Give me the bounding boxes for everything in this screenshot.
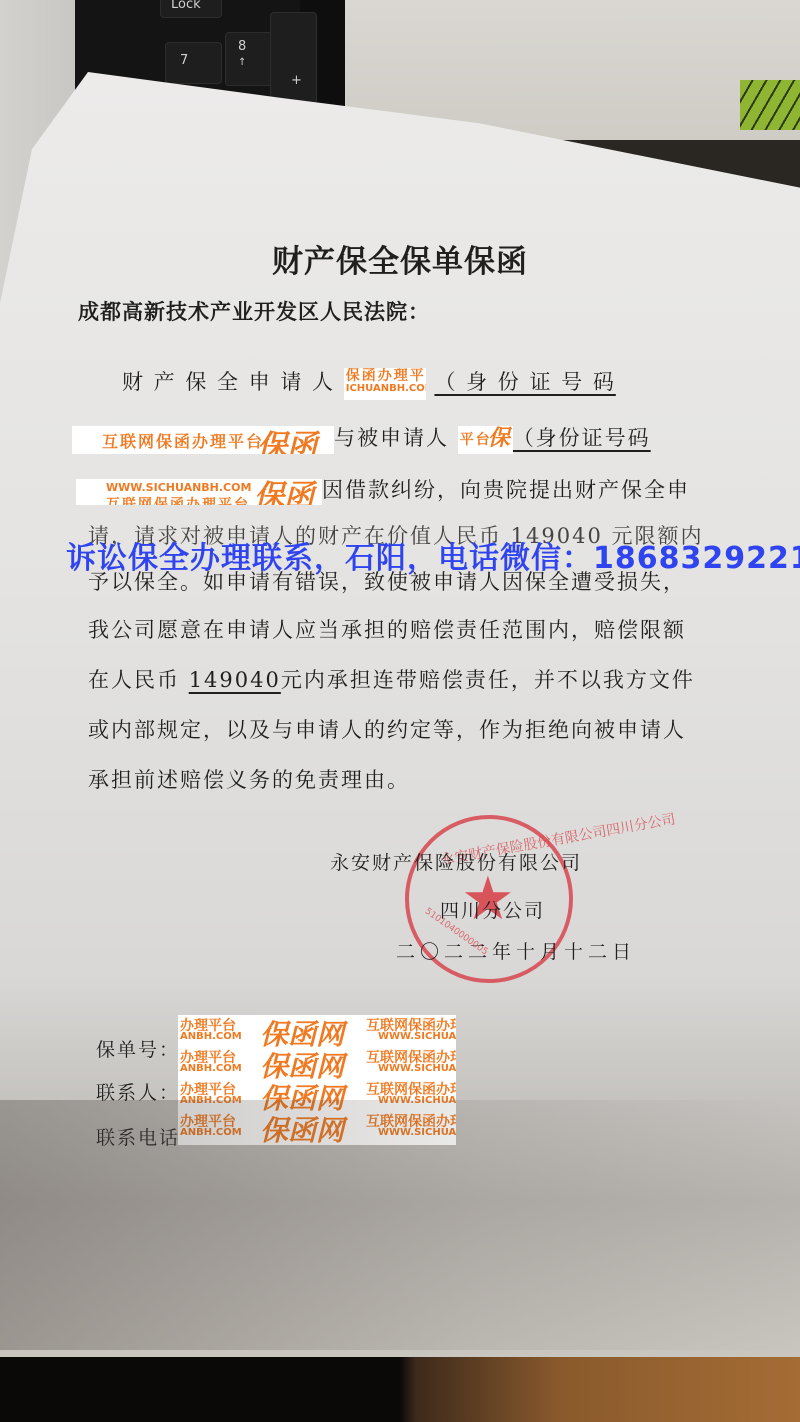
id-number-label: （ 身 份 证 号 码 xyxy=(434,370,615,394)
watermark-url: ICHUANBH.COM xyxy=(346,383,426,394)
amount-suffix: 元内承担连带赔偿责任，并不以我方文件 xyxy=(281,668,695,692)
policy-number-label: 保单号： xyxy=(96,1035,180,1062)
redacted-respondent-id: WWW.SICHUANBH.COM 互联网保函办理平台 保函 xyxy=(76,479,322,505)
body-line-5: 予以保全。如申请有错误，致使被申请人因保全遭受损失， xyxy=(88,566,686,596)
watermark-url: ANBH.COM xyxy=(180,1063,242,1074)
body-line-6: 我公司愿意在申请人应当承担的赔偿责任范围内，赔偿限额 xyxy=(88,614,686,644)
body-line-8: 或内部规定，以及与申请人的约定等，作为拒绝向被申请人 xyxy=(88,714,686,744)
redacted-applicant-id: 互联网保函办理平台 保函 xyxy=(72,426,334,454)
signature-branch: 四川分公司 xyxy=(440,896,545,923)
redacted-applicant-name: 保函办理平 ICHUANBH.COM xyxy=(344,368,426,400)
document-title: 财产保全保单保函 xyxy=(0,236,800,281)
body-line-1: 财 产 保 全 申 请 人 保函办理平 ICHUANBH.COM （ 身 份 证… xyxy=(122,366,616,400)
watermark-url: ANBH.COM xyxy=(180,1031,242,1042)
watermark-logo: 保函 xyxy=(254,479,314,505)
watermark-logo: 保 xyxy=(488,426,510,452)
addressee: 成都高新技术产业开发区人民法院： xyxy=(78,296,430,326)
body-line-3: WWW.SICHUANBH.COM 互联网保函办理平台 保函 因借款纠纷，向贵院… xyxy=(76,474,690,505)
watermark-url: WWW.SICHUANBH xyxy=(378,1063,456,1074)
body-line-2: 互联网保函办理平台 保函 与被申请人 平台 保 （身份证号码 xyxy=(72,422,651,454)
watermark-text: 互联网保函办理平台 xyxy=(102,429,264,452)
respondent-label: 与被申请人 xyxy=(334,426,449,450)
watermark-row: 办理平台 保函网 互联网保函办玛 ANBH.COM WWW.SICHUANBH xyxy=(178,1047,456,1079)
guarantee-amount: 149040 xyxy=(189,668,281,692)
paper-shadow xyxy=(0,1100,800,1350)
watermark-url: WWW.SICHUANBH xyxy=(378,1031,456,1042)
body-line-7: 在人民币 149040元内承担连带赔偿责任，并不以我方文件 xyxy=(88,664,695,694)
applicant-label: 财 产 保 全 申 请 人 xyxy=(122,370,335,394)
signature-company: 永安财产保险股份有限公司 xyxy=(330,848,582,875)
signature-date: 二〇二二年十月十二日 xyxy=(396,937,636,964)
watermark-text: 互联网保函办理平台 xyxy=(106,494,250,505)
dispute-text: 因借款纠纷，向贵院提出财产保全申 xyxy=(322,478,690,502)
watermark-row: 办理平台 保函网 互联网保函办玛 ANBH.COM WWW.SICHUANBH xyxy=(178,1015,456,1047)
redacted-respondent-name: 平台 保 xyxy=(458,426,513,454)
body-line-9: 承担前述赔偿义务的免责理由。 xyxy=(88,764,410,794)
id-number-label: （身份证号码 xyxy=(513,426,651,450)
amount-prefix: 在人民币 xyxy=(88,668,189,692)
watermark-url: WWW.SICHUANBH.COM xyxy=(106,481,251,494)
watermark-logo: 保函 xyxy=(257,426,317,454)
